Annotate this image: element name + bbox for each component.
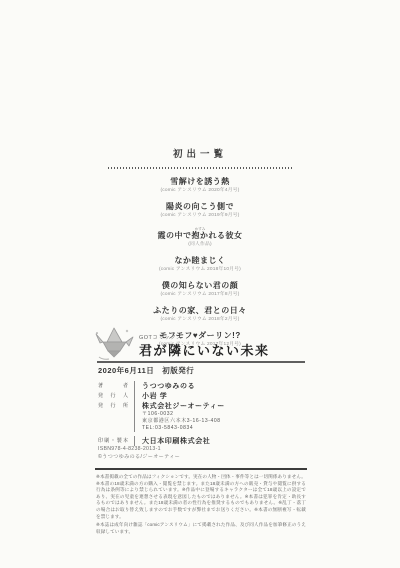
work-title: ふたりの家、君との日々 <box>153 306 247 316</box>
isbn-text: ISBN978-4-8238-2013-1 <box>98 446 161 452</box>
credit-value: 大日本印刷株式会社 <box>134 436 298 446</box>
work-source: (comic アンスリウム 2018年10月号) <box>159 266 241 273</box>
publication-date: 2020年6月11日 初版発行 <box>98 365 194 376</box>
colophon-page: 初出一覧 雪解けを誘う熱 (comic アンスリウム 2020年4月号) 陽炎の… <box>0 0 400 568</box>
work-title: 雪解けを誘う熱 <box>160 177 239 187</box>
title-divider <box>97 361 305 363</box>
work-source: (comic アンスリウム 2020年4月号) <box>160 187 239 194</box>
credit-value: 小岩 学 <box>134 391 298 401</box>
credit-label: 著者 <box>98 381 134 391</box>
credits-table: 著者 うつつゆみのる 発行人 小岩 学 発行所 株式会社ジーオーティー 〒106… <box>98 381 298 446</box>
credit-label <box>98 411 134 418</box>
credit-label <box>98 425 134 432</box>
list-item: なか睦まじく (comic アンスリウム 2018年10月号) <box>159 256 241 273</box>
source-note-text: ※本誌は成年向け雑誌「comicアンスリウム」にて掲載された作品、及び同人作品を… <box>96 522 306 535</box>
work-title: なか睦まじく <box>159 256 241 266</box>
credit-label: 発行人 <box>98 391 134 401</box>
section-heading: 初出一覧 <box>173 146 227 160</box>
credit-value: うつつゆみのる <box>134 381 298 391</box>
credit-label: 印刷・製本 <box>98 436 134 446</box>
publisher-postal-code: 〒106-0032 <box>134 411 298 418</box>
work-title: 陽炎の向こう側で <box>160 202 239 212</box>
disclaimer-text: ※本書掲載の全ての作品はフィクションです。実在の人物・団体・事件等とは一切関係あ… <box>96 474 306 520</box>
list-item: 陽炎の向こう側で (comic アンスリウム 2019年9月号) <box>160 202 239 219</box>
publisher-phone: TEL:03-5843-0834 <box>134 425 298 432</box>
work-source: (同人作品) <box>158 241 243 248</box>
origami-crane-illustration <box>93 324 135 362</box>
footer-divider <box>95 468 307 470</box>
credit-label <box>98 418 134 425</box>
list-item: ふたりの家、君との日々 (comic アンスリウム 2018年2月号) <box>153 306 247 323</box>
dotted-divider <box>108 167 292 169</box>
publisher-address: 東京都港区六本木3-16-13-408 <box>134 418 298 425</box>
work-source: (comic アンスリウム 2017年8月号) <box>160 291 239 298</box>
list-item: かすみ 霞の中で抱かれる彼女 (同人作品) <box>158 227 243 248</box>
list-item: 僕の知らない君の顔 (comic アンスリウム 2017年8月号) <box>160 281 239 298</box>
work-source: (comic アンスリウム 2019年9月号) <box>160 212 239 219</box>
book-title: 君が隣にいない未来 <box>139 340 270 359</box>
work-title: 僕の知らない君の顔 <box>160 281 239 291</box>
credit-label: 発行所 <box>98 401 134 411</box>
list-item: 雪解けを誘う熱 (comic アンスリウム 2020年4月号) <box>160 177 239 194</box>
work-source: (comic アンスリウム 2018年2月号) <box>153 316 247 323</box>
copyright-text: ©うつつゆみのる/ジーオーティー <box>98 453 180 460</box>
first-appearance-list: 初出一覧 雪解けを誘う熱 (comic アンスリウム 2020年4月号) 陽炎の… <box>0 146 400 348</box>
work-title: 霞の中で抱かれる彼女 <box>158 231 243 241</box>
credit-value: 株式会社ジーオーティー <box>134 401 298 411</box>
